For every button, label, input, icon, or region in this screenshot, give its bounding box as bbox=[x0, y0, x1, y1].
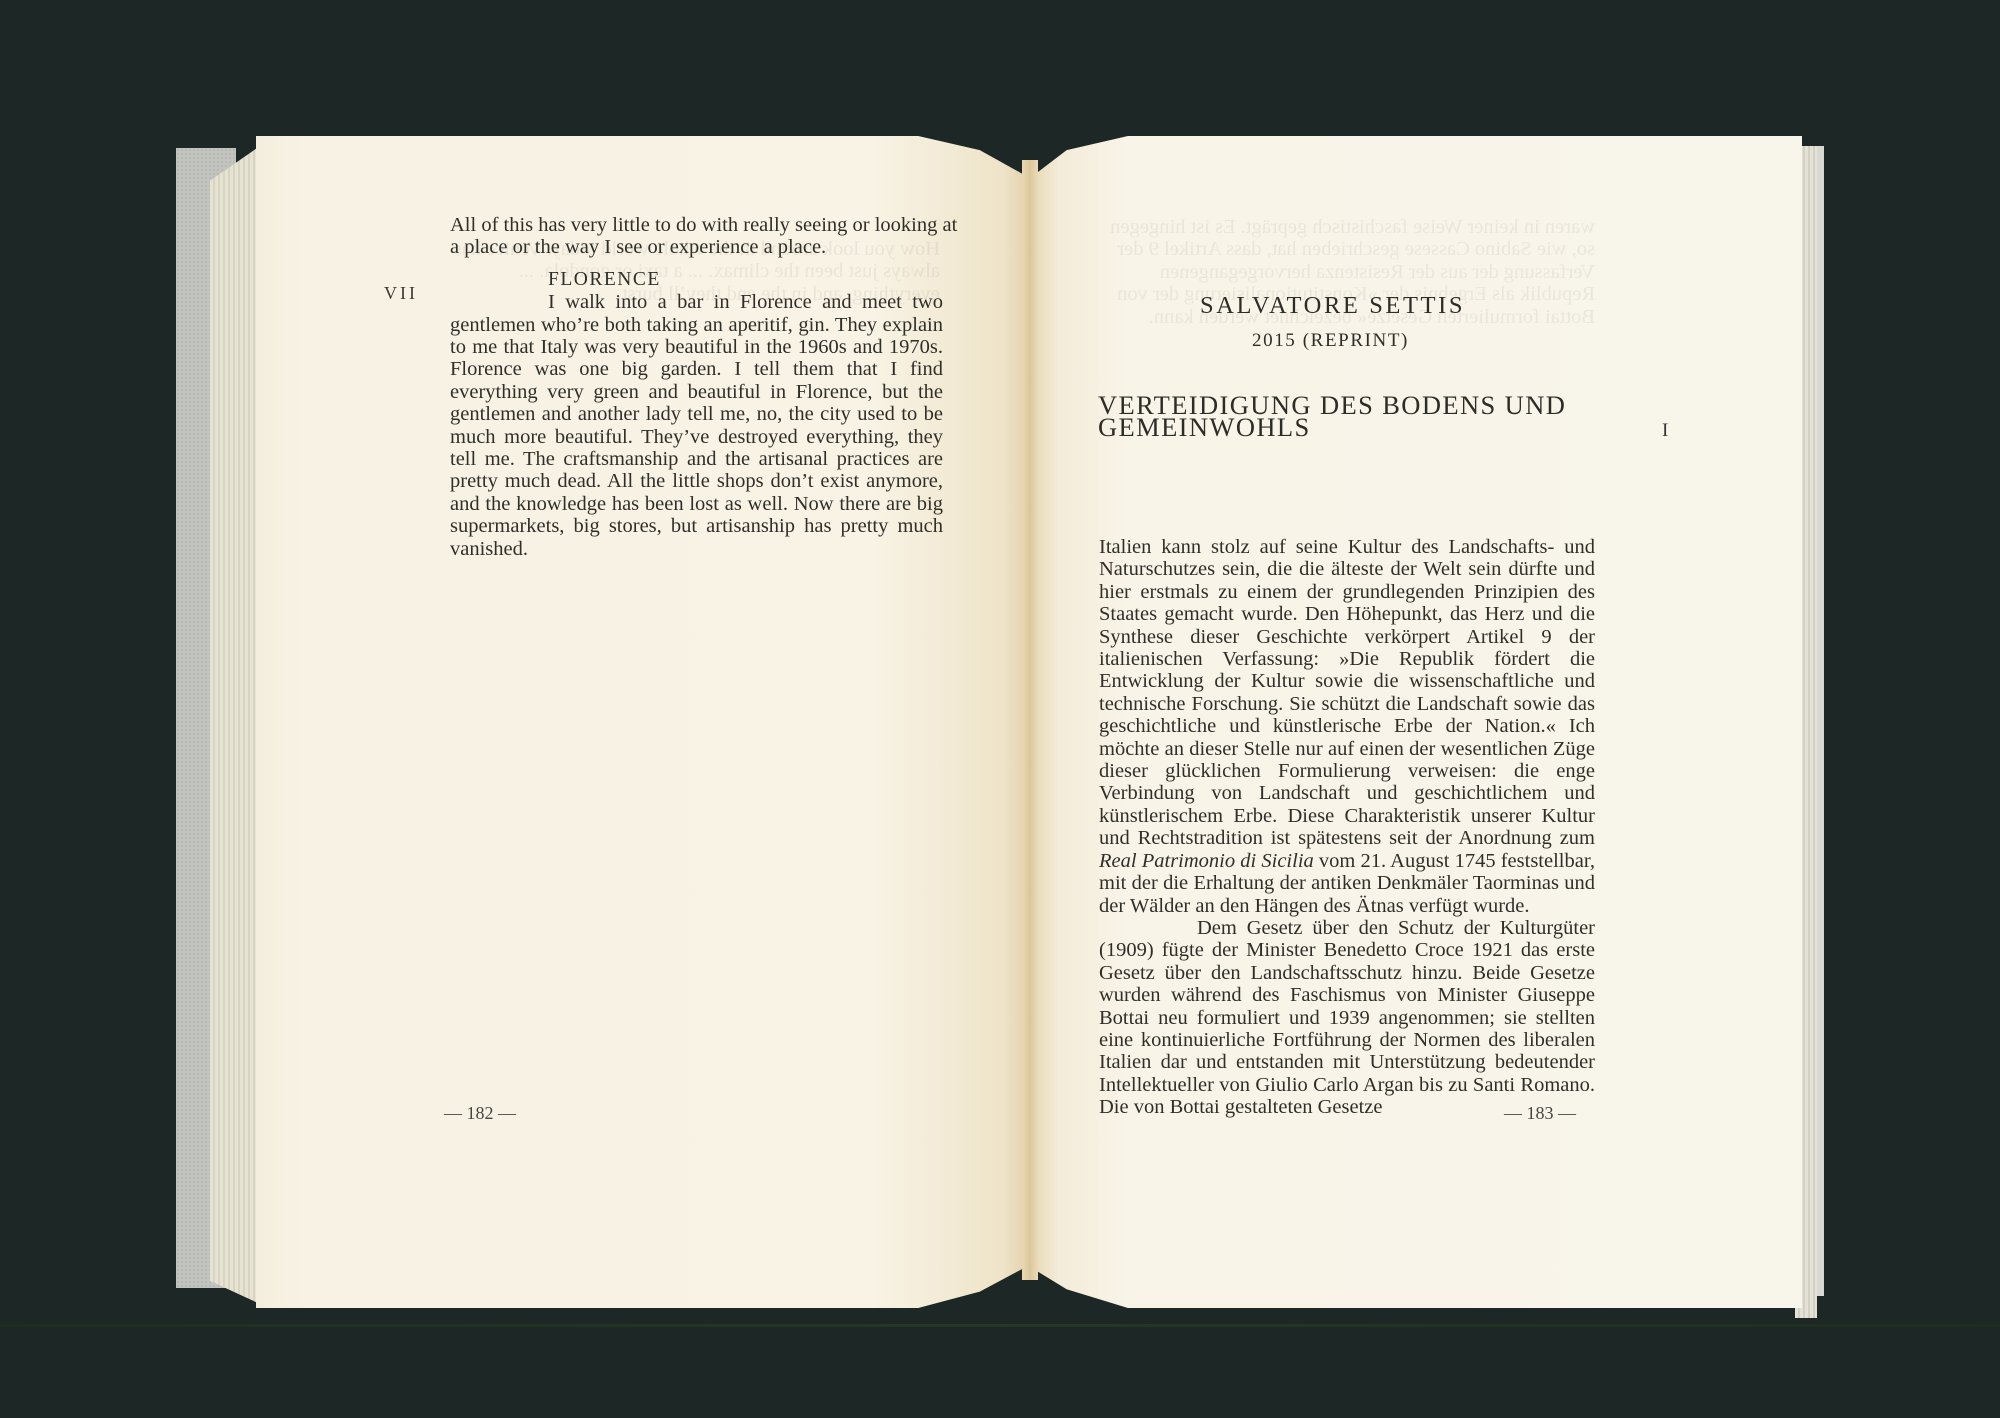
intro-line-2: a place or the way I see or experience a… bbox=[450, 236, 943, 258]
scan-background: How you look around in the whole world t… bbox=[0, 0, 2000, 1418]
right-page-body: Italien kann stolz auf seine Kultur des … bbox=[1099, 536, 1595, 1119]
page-edges-left bbox=[210, 146, 260, 1304]
year-note: 2015 (REPRINT) bbox=[1252, 330, 1409, 352]
paragraph-1-text-a: Italien kann stolz auf seine Kultur des … bbox=[1099, 536, 1595, 849]
chapter-number: I bbox=[1662, 420, 1668, 442]
chapter-title: VERTEIDIGUNG DES BODENS UND GEMEINWOHLS bbox=[1098, 394, 1618, 438]
page-number-left: — 182 — bbox=[444, 1103, 516, 1124]
paragraph-1: Italien kann stolz auf seine Kultur des … bbox=[1099, 536, 1595, 917]
scanner-artifact-line bbox=[0, 1324, 2000, 1327]
florence-paragraph: I walk into a bar in Florence and meet t… bbox=[450, 291, 943, 560]
italic-title-real-patrimonio: Real Patrimonio di Sicilia bbox=[1099, 850, 1314, 872]
left-page-body: All of this has very little to do with r… bbox=[450, 214, 943, 560]
author-name: SALVATORE SETTIS bbox=[1200, 292, 1465, 320]
book-gutter bbox=[1022, 160, 1038, 1280]
section-number: VII bbox=[384, 283, 418, 304]
paragraph-2: Dem Gesetz über den Schutz der Kulturgüt… bbox=[1099, 917, 1595, 1119]
section-title: FLORENCE bbox=[450, 269, 943, 291]
page-number-right: — 183 — bbox=[1504, 1103, 1576, 1124]
intro-line-1: All of this has very little to do with r… bbox=[450, 214, 943, 236]
